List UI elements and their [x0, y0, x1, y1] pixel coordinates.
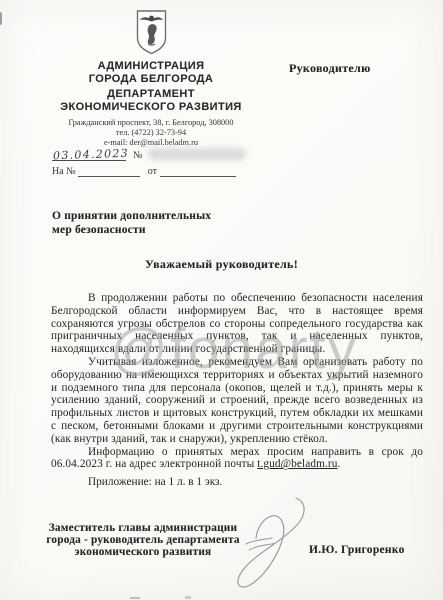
salutation: Уважаемый руководитель! — [0, 257, 443, 272]
body-paragraph-1: В продолжении работы по обеспечению безо… — [51, 292, 423, 356]
handwritten-date: 03.04.2023 — [53, 147, 129, 163]
contact-email-text: t.gud@beladm.ru — [257, 458, 337, 470]
reply-from-label: от — [148, 166, 157, 177]
date-field: 03.04.2023 — [52, 146, 126, 161]
letter-body: В продолжении работы по обеспечению безо… — [51, 292, 423, 471]
dept-name-line2: ЭКОНОМИЧЕСКОГО РАЗВИТИЯ — [8, 101, 294, 114]
signer-title-line2: города - руководитель департамента — [44, 534, 242, 546]
reference-block: 03.04.2023№ На №от — [52, 146, 246, 177]
redacted-document-number — [148, 148, 246, 160]
signer-title-line3: экономического развития — [44, 546, 242, 558]
subject-line1: О принятии дополнительных — [52, 210, 211, 224]
reply-number-field — [78, 166, 140, 177]
scan-edge-artifact — [0, 12, 2, 25]
org-name-line2: ГОРОДА БЕЛГОРОДА — [8, 73, 294, 86]
org-name-line1: АДМИНИСТРАЦИЯ — [8, 60, 294, 73]
letterhead-address: Гражданский проспект, 38, г. Белгород, 3… — [8, 118, 294, 128]
signer-title: Заместитель главы администрации города -… — [44, 522, 242, 558]
cutoff-text-artifact — [185, 596, 191, 599]
letterhead: АДМИНИСТРАЦИЯ ГОРОДА БЕЛГОРОДА ДЕПАРТАМЕ… — [8, 9, 294, 147]
attachment-note: Приложение: на 1 л. в 1 экз. — [51, 476, 371, 488]
dept-name-line1: ДЕПАРТАМЕНТ — [8, 88, 294, 101]
body-paragraph-2: Учитывая изложенное, рекомендуем Вам орг… — [51, 356, 423, 446]
recipient-label: Руководителю — [289, 61, 371, 76]
body-paragraph-3-end: . — [338, 458, 341, 470]
reply-number-label: На № — [52, 166, 76, 177]
number-sign: № — [133, 150, 143, 161]
body-paragraph-3: Информацию о принятых мерах просим напра… — [51, 446, 423, 472]
belgorod-coat-of-arms-icon — [135, 9, 168, 55]
reply-date-field — [160, 166, 236, 177]
subject-line2: мер безопасности — [52, 224, 211, 238]
cutoff-text-artifact — [130, 597, 140, 599]
scanned-letter-page: АДМИНИСТРАЦИЯ ГОРОДА БЕЛГОРОДА ДЕПАРТАМЕ… — [0, 0, 443, 600]
letterhead-phone: тел. (4722) 32-73-94 — [8, 128, 294, 138]
subject-block: О принятии дополнительных мер безопаснос… — [52, 210, 211, 237]
signer-name: И.Ю. Григоренко — [309, 544, 405, 556]
signer-title-line1: Заместитель главы администрации — [44, 522, 242, 534]
body-paragraph-3-text: Информацию о принятых мерах просим напра… — [51, 446, 423, 471]
